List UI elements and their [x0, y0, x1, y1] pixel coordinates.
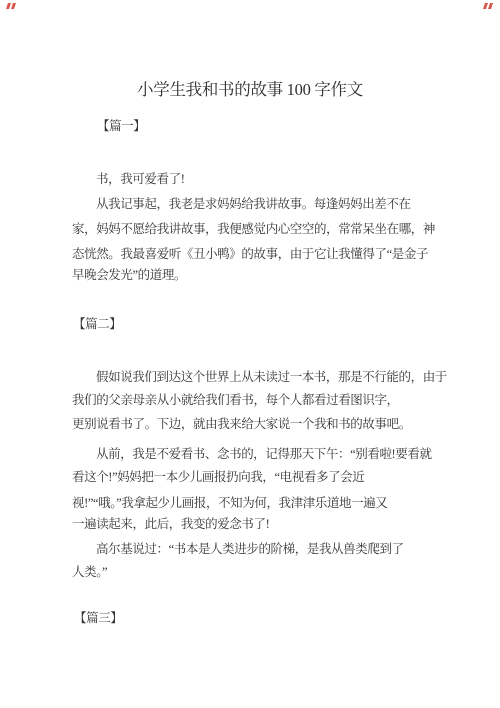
section-1-line-3: 家，妈妈不愿给我讲故事，我便感觉内心空空的，常常呆坐在哪，神	[72, 222, 435, 236]
section-2-line-4: 从前，我是不爱看书、念书的，记得那天下午：“别看啦!要看就	[96, 447, 432, 461]
section-2-line-7: 一遍读起来，此后，我变的爱念书了!	[72, 517, 269, 531]
section-2-line-9: 人类。”	[72, 565, 107, 579]
section-2-line-5: 看这个!”妈妈把一本少儿画报扔向我，“电视看多了会近	[72, 470, 364, 484]
section-2-line-3: 更别说看书了。下边，就由我来给大家说一个我和书的故事吧。	[72, 417, 411, 431]
section-1-line-5: 早晚会发光”的道理。	[72, 268, 186, 282]
section-2-line-2: 我们的父亲母亲从小就给我们看书，每个人都看过看图识字，	[72, 393, 399, 407]
section-1-heading: 【篇一】	[97, 119, 145, 133]
section-1-line-1: 书，我可爱看了!	[96, 172, 184, 186]
section-1-line-4: 态恍然。我最喜爱听《丑小鸭》的故事，由于它让我懂得了“是金子	[72, 247, 428, 261]
section-2-line-1: 假如说我们到达这个世界上从未读过一本书，那是不行能的，由于	[96, 370, 447, 384]
document-title: 小学生我和书的故事 100 字作文	[0, 81, 500, 99]
section-2-line-8: 高尔基说过：“书本是人类进步的阶梯，是我从兽类爬到了	[96, 542, 404, 556]
section-2-line-6: 视!”“哦。”我拿起少儿画报，不知为何，我津津乐道地一遍又	[72, 496, 387, 510]
red-corner-mark-left	[7, 3, 17, 9]
section-3-heading: 【篇三】	[74, 611, 122, 625]
document-page: 小学生我和书的故事 100 字作文 【篇一】 书，我可爱看了! 从我记事起，我老…	[0, 0, 500, 708]
red-corner-mark-right	[484, 3, 494, 9]
section-1-line-2: 从我记事起，我老是求妈妈给我讲故事。每逢妈妈出差不在	[96, 197, 411, 211]
section-2-heading: 【篇二】	[73, 317, 121, 331]
